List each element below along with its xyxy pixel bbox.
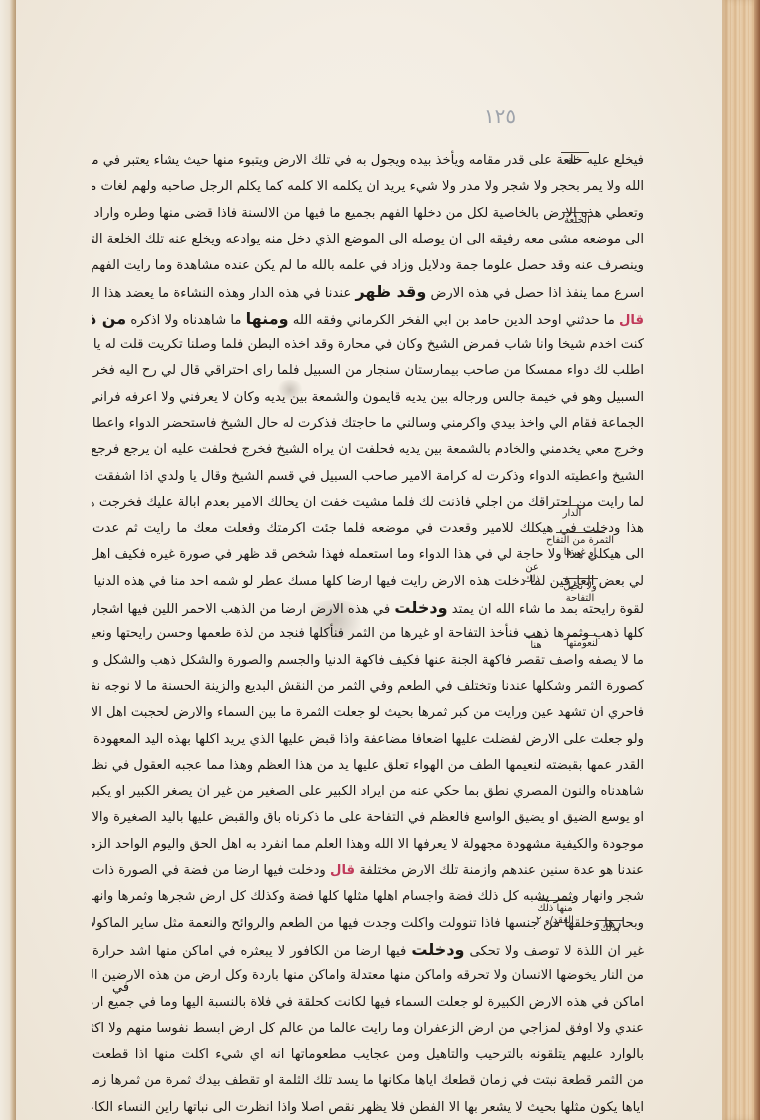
line-segment: فيها ارضا من الكافور لا يبعثره في اماكن … [92,944,406,959]
text-line-10: السبيل وهو في خيمة جالس ورجاله بين يديه … [92,385,644,411]
text-line-5: وينصرف عنه وقد حصل علوما جمة ودلايل وزاد… [92,253,644,279]
page-edges [722,0,760,1120]
sah-mark-icon [562,212,593,213]
text-line-35: بالوارد عليهم يتلقونه بالترحيب والتاهيل … [92,1042,644,1068]
line-segment: ما شاهدناه ولا اذكره [130,313,241,328]
text-line-37: اياها يكون مثلها بحيث لا يشعر بها الا ال… [92,1095,644,1120]
rubric-qala: قال [619,313,644,328]
margin-note: ولا تخيل التفاحة [555,578,605,605]
sah-mark-icon [538,900,573,901]
text-line-26: او يوسع الضيق او يضيق الواسع فالعظم في ا… [92,805,644,831]
line-segment: غير ان اللذة لا توصف ولا تحكى [469,944,644,959]
text-line-31: غير ان اللذة لا توصف ولا تحكى ودخلت فيها… [92,937,644,963]
text-line-11: الجماعة فقام الي واخذ بيدي واكرمني وسالن… [92,411,644,437]
text-line-13: الشيخ واعطيته الدواء وذكرت له كرامة الام… [92,464,644,490]
rubric-qala: قال [330,863,355,878]
text-line-6: اسرع مما ينفذ اذا حصل في هذه الارض وقد ظ… [92,279,644,305]
emphasized-phrase: ودخلت [411,940,464,959]
text-line-9: اطلب لك دواء ممسكا من صاحب بيمارستان سنج… [92,358,644,384]
text-line-27: موجودة والكيفية مشهودة مجهولة لا يعرفها … [92,832,644,858]
line-segment: ودخلت فيها ارضا من فضة في الصورة ذات [92,863,326,878]
sah-mark-icon [561,152,589,153]
text-line-22: فاحري ان تشهد عين ورايت من كبر ثمرها بحي… [92,700,644,726]
text-line-23: ولو جعلت على الارض لفضلت عليها اضعافا مض… [92,727,644,753]
margin-note: الخلعة [555,212,599,227]
emphasized-phrase: ودخلت [394,598,447,617]
line-segment: في هذه الارض ارضا من الذهب الاحمر اللين … [92,602,390,617]
text-line-34: عندي ولا اوفق لمزاجي من ارض الزعفران وما… [92,1016,644,1042]
line-segment: ما حدثني اوحد الدين حامد بن ابي الفخر ال… [293,313,615,328]
sah-mark-icon [596,920,624,921]
text-line-25: شاهدناه والنون المصري نطق بما حكي عنه من… [92,779,644,805]
binding-gutter [0,0,16,1120]
line-segment: اسرع مما ينفذ اذا حصل في هذه الارض [430,286,644,301]
text-line-12: وخرج معي يخدمني والخادم بالشمعة بين يديه… [92,437,644,463]
margin-note: هنا [522,637,550,652]
text-line-20: ما لا يصفه واصف تقصر فاكهة الجنة عنها فك… [92,648,644,674]
sah-mark-icon [567,635,598,636]
text-line-4: الى موضعه مشى معه رفيقه الى ان يوصله الى… [92,227,644,253]
margin-note: لنعومتها [560,635,604,650]
sah-mark-icon [556,532,605,533]
sah-mark-icon [558,505,586,506]
text-line-24: القدر عمها بقبضته لنعيمها الطف من الهواء… [92,753,644,779]
line-segment: عندنا هو عدة سنين عندهم وازمنة تلك الارض… [359,863,644,878]
margin-note: عن ذلك [516,562,548,586]
margin-note: الدار [552,505,592,520]
margin-note: بذلك [590,920,630,935]
text-line-33: اماكن في هذه الارض الكبيرة لو جعلت السما… [92,990,644,1016]
line-segment: لقوة رايحته بمد ما شاء الله ان يمتد [452,602,644,617]
emphasized-phrase: ومنها [246,309,289,328]
sah-mark-icon [526,637,546,638]
margin-note: حلة [555,152,595,167]
text-line-28: عندنا هو عدة سنين عندهم وازمنة تلك الارض… [92,858,644,884]
margin-note: الثمرة من التفاح او غيرها [545,532,615,559]
emphasized-phrase: وقد ظهر [355,282,426,301]
text-line-2: الله ولا يمر بحجر ولا شجر ولا مدر ولا شي… [92,174,644,200]
catchword: في [112,980,129,995]
sah-mark-icon [563,578,598,579]
line-segment: عندنا في هذه الدار وهذه النشاءة ما يعضد … [92,286,351,301]
main-text-block: فيخلع عليه خلعة على قدر مقامه ويأخذ بيده… [92,148,644,1120]
text-line-21: كصورة الثمر وشكلها عندنا وتختلف في الطعم… [92,674,644,700]
text-line-7: قال ما حدثني اوحد الدين حامد بن ابي الفخ… [92,306,644,332]
emphasized-phrase: من ذلك [92,309,126,328]
folio-number: ١٢٥ [455,104,545,128]
text-line-32: من النار يخوضها الانسان ولا تحرقه واماكن… [92,963,644,989]
text-line-8: كنت اخدم شيخا وانا شاب فمرض الشيخ وكان ف… [92,332,644,358]
margin-note: منها ذلك العقد/و ٢ [530,900,580,927]
text-line-36: من الثمر قطعة نبتت في زمان قطعك اياها مك… [92,1068,644,1094]
